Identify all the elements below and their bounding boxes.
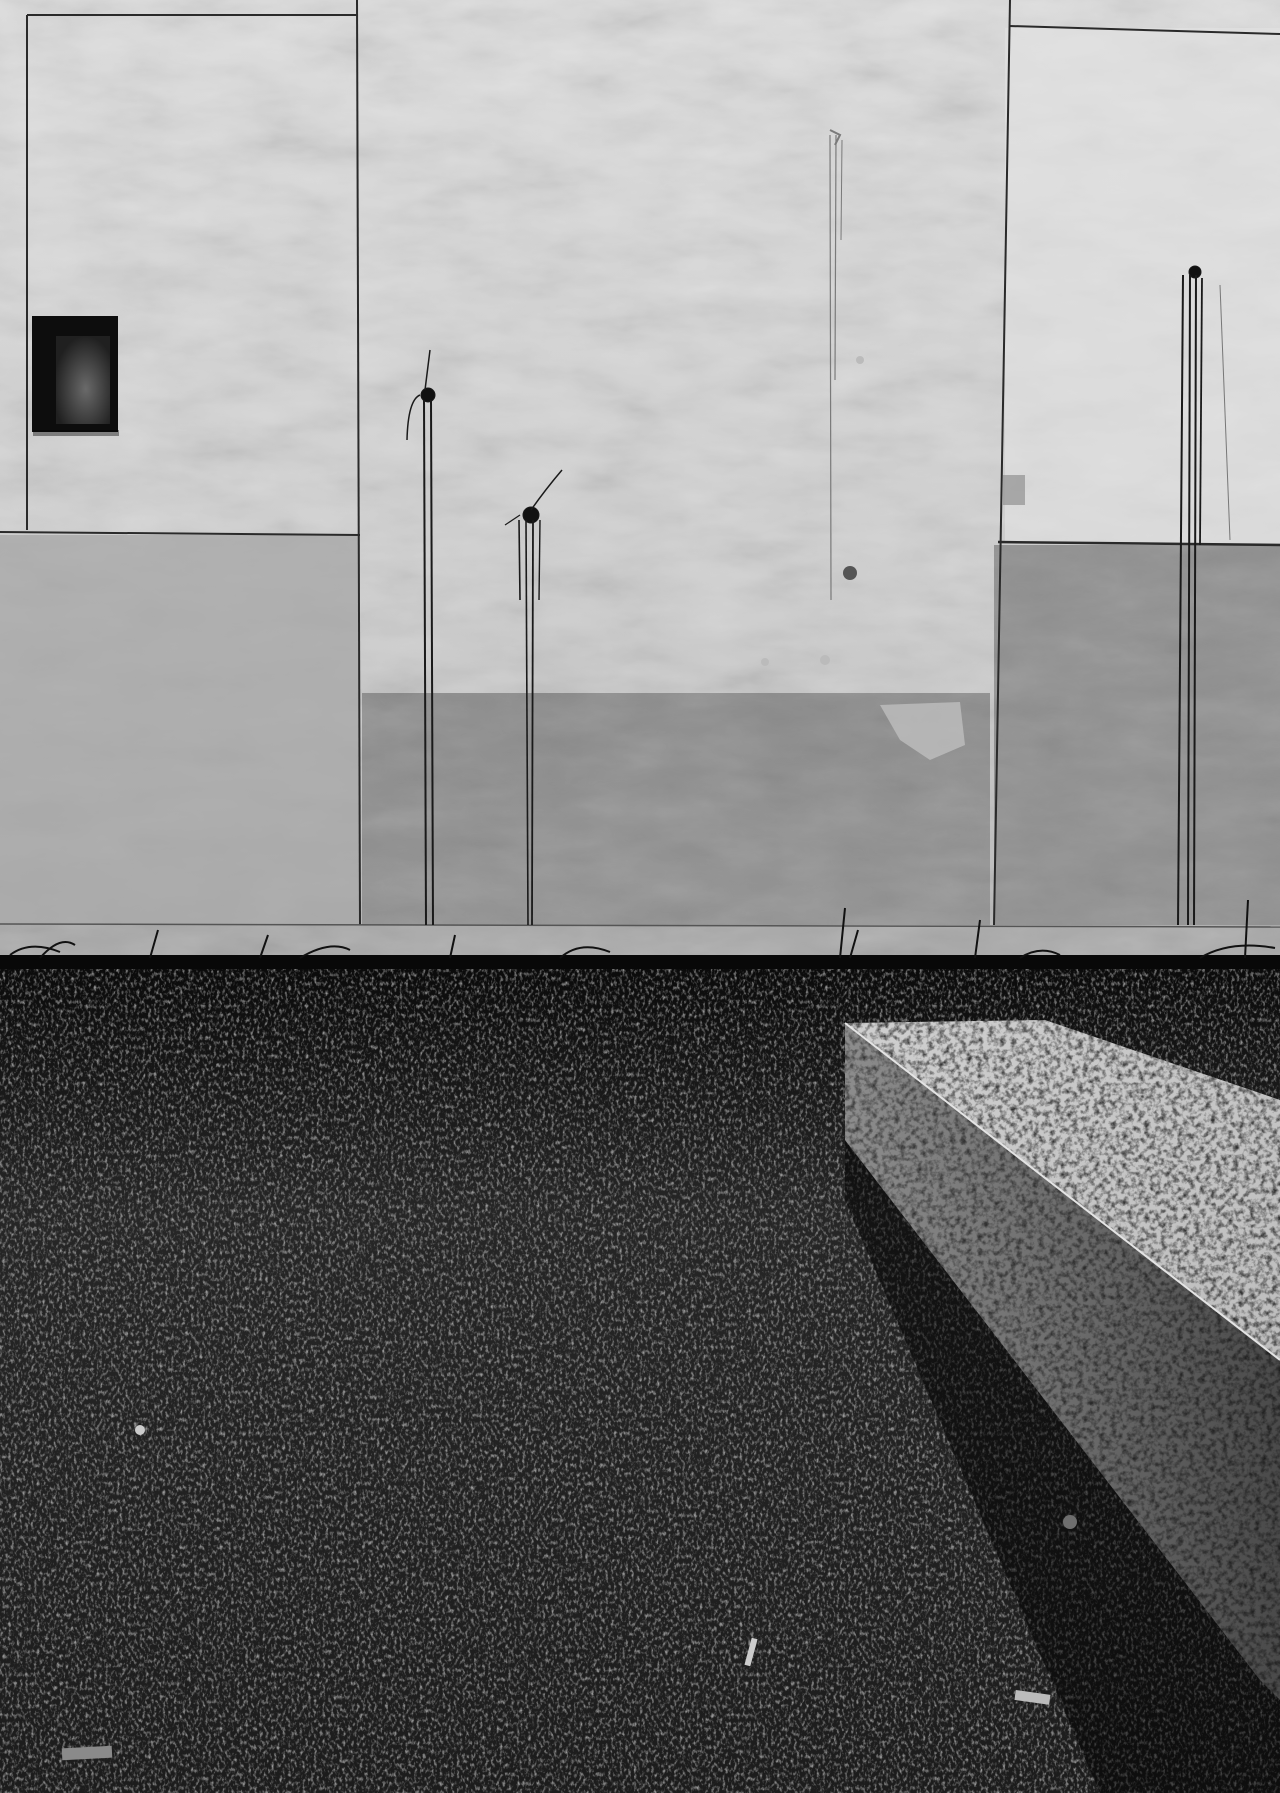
photo-canvas [0, 0, 1280, 1793]
photograph: Black-and-white photograph of a weathere… [0, 0, 1280, 1793]
small-window [32, 316, 119, 436]
